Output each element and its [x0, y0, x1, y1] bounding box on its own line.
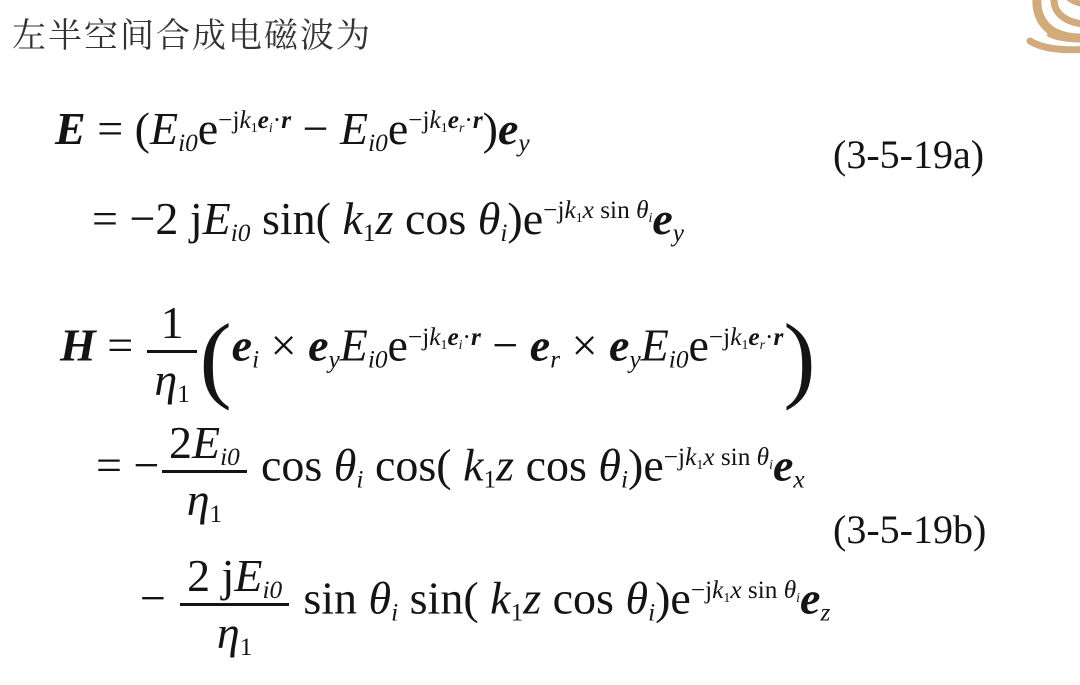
equation-h-line-2: = −2Ei0η1 cos θi cos( k1z cos θi)e−jk1x …: [96, 418, 805, 524]
equation-label-3-5-19b: (3-5-19b): [833, 506, 986, 553]
swirl-logo-icon: [1014, 0, 1080, 58]
equation-e-line-1: E = (Ei0e−jk1ei·r − Ei0e−jk1er·r)ey: [55, 100, 530, 158]
fraction: 2 jEi0η1: [180, 551, 289, 657]
fraction: 2Ei0η1: [162, 418, 247, 524]
equation-h-line-3: − 2 jEi0η1 sin θi sin( k1z cos θi)e−jk1x…: [140, 551, 830, 657]
equation-h-line-1: H = 1η1(ei × eyEi0e−jk1ei·r − er × eyEi0…: [60, 298, 816, 404]
equation-label-3-5-19a: (3-5-19a): [833, 131, 984, 178]
fraction: 1η1: [147, 298, 196, 404]
page-title: 左半空间合成电磁波为: [12, 8, 372, 57]
equation-e-line-2: = −2 jEi0 sin( k1z cos θi)e−jk1x sin θie…: [92, 190, 684, 248]
corner-logo: [1014, 0, 1080, 58]
slide-page: { "title": "左半空间合成电磁波为", "logo": { "icon…: [0, 0, 1080, 685]
